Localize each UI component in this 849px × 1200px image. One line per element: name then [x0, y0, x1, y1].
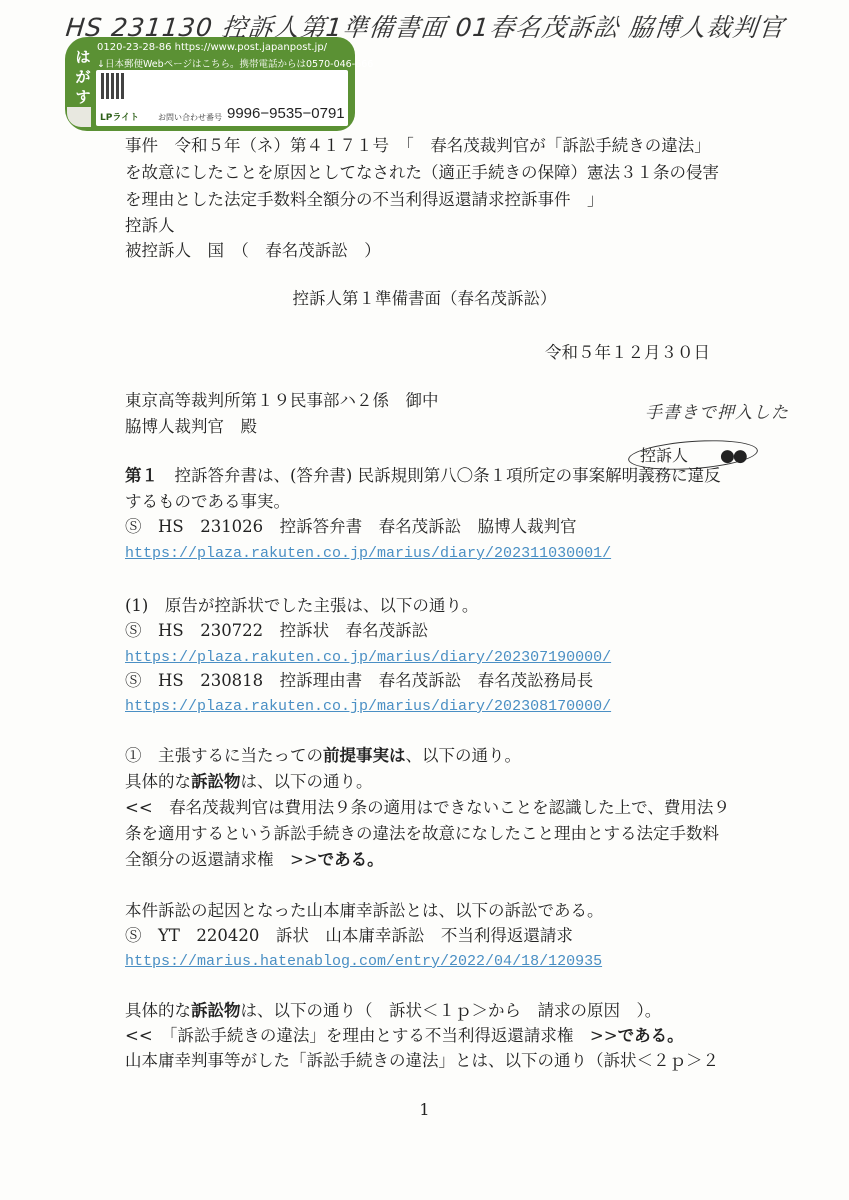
origin-statement: 本件訴訟の起因となった山本庸幸訴訟とは、以下の訴訟である。	[125, 900, 604, 922]
section-1-line-2: するものである事実。	[125, 491, 290, 513]
reference-4: Ⓢ YT 220420 訴状 山本庸幸訴訟 不当利得返還請求	[125, 925, 573, 947]
subject-matter-2: 具体的な訴訟物は、以下の通り（ 訴状＜１ｐ＞から 請求の原因 ）。	[125, 1000, 661, 1022]
handwritten-note: 手書きで押入した	[645, 398, 789, 423]
claim-2: << 「訴訟手続きの違法」を理由とする不当利得返還請求権 >>である。	[125, 1025, 684, 1047]
appellant: 控訴人	[125, 215, 175, 237]
section-1-heading: 第１	[125, 466, 158, 485]
paragraph-1: (1) 原告が控訴状でした主張は、以下の通り。	[125, 595, 478, 617]
sticker-contact-line: 0120-23-28-86 https://www.post.japanpost…	[97, 42, 327, 53]
link-1[interactable]: https://plaza.rakuten.co.jp/marius/diary…	[125, 545, 611, 562]
last-line: 山本庸幸判事等がした「訴訟手続きの違法」とは、以下の通り（訴状＜２ｐ＞２	[125, 1050, 719, 1072]
peel-corner-icon	[67, 107, 91, 127]
case-line-3: を理由とした法定手数料全額分の不当利得返還請求控訴事件 」	[125, 189, 604, 211]
case-line-1: 事件 令和５年（ネ）第４１７１号 「 春名茂裁判官が「訴訟手続きの違法」	[125, 135, 711, 157]
case-line-2: を故意にしたことを原因としてなされた（適正手続きの保障）憲法３１条の侵害	[125, 162, 719, 184]
redacted-name: ●●	[720, 446, 746, 466]
addressee-court: 東京高等裁判所第１９民事部ハ２係 御中	[125, 390, 439, 412]
reference-3: Ⓢ HS 230818 控訴理由書 春名茂訴訟 春名茂訟務局長	[125, 670, 593, 692]
postal-tracking-sticker: はがす 0120-23-28-86 https://www.post.japan…	[65, 37, 355, 131]
addressee-judge: 脇博人裁判官 殿	[125, 416, 257, 438]
link-4[interactable]: https://marius.hatenablog.com/entry/2022…	[125, 953, 602, 970]
claim-1-line-3: 全額分の返還請求権 >>である。	[125, 849, 384, 871]
subject-matter-1: 具体的な訴訟物は、以下の通り。	[125, 771, 373, 793]
seal-label: 控訴人	[640, 443, 688, 466]
clause-1: ① 主張するに当たっての前提事実は、以下の通り。	[125, 745, 521, 767]
reference-1: Ⓢ HS 231026 控訴答弁書 春名茂訴訟 脇博人裁判官	[125, 516, 577, 538]
link-2[interactable]: https://plaza.rakuten.co.jp/marius/diary…	[125, 649, 611, 666]
sticker-web-line: ↓日本郵便Webページはこちら。携帯電話からは0570-046-666	[97, 56, 373, 70]
page-number: 1	[0, 1100, 849, 1119]
inquiry-number: 9996−9535−0791	[227, 105, 345, 122]
qr-code-icon	[101, 73, 125, 99]
document-title: 控訴人第１準備書面（春名茂訴訟）	[0, 288, 849, 310]
inquiry-label: お問い合わせ番号	[158, 112, 222, 123]
section-1-line-1: 第１ 控訴答弁書は、(答弁書) 民訴規則第八〇条１項所定の事案解明義務に違反	[125, 465, 721, 487]
lp-label: LPライト	[100, 110, 139, 123]
reference-2: Ⓢ HS 230722 控訴状 春名茂訴訟	[125, 620, 428, 642]
section-1-text: 控訴答弁書は、(答弁書) 民訴規則第八〇条１項所定の事案解明義務に違反	[158, 466, 721, 485]
link-3[interactable]: https://plaza.rakuten.co.jp/marius/diary…	[125, 698, 611, 715]
appellee: 被控訴人 国 （ 春名茂訴訟 ）	[125, 240, 381, 262]
claim-1-line-2: 条を適用するという訴訟手続きの違法を故意になしたこと理由とする法定手数料	[125, 823, 719, 845]
sticker-inner-panel: LPライト お問い合わせ番号 9996−9535−0791	[96, 70, 348, 126]
claim-1-line-1: << 春名茂裁判官は費用法９条の適用はできないことを認識した上で、費用法９	[125, 797, 730, 819]
peel-label: はがす	[73, 47, 93, 107]
document-date: 令和５年１２月３０日	[545, 342, 710, 364]
